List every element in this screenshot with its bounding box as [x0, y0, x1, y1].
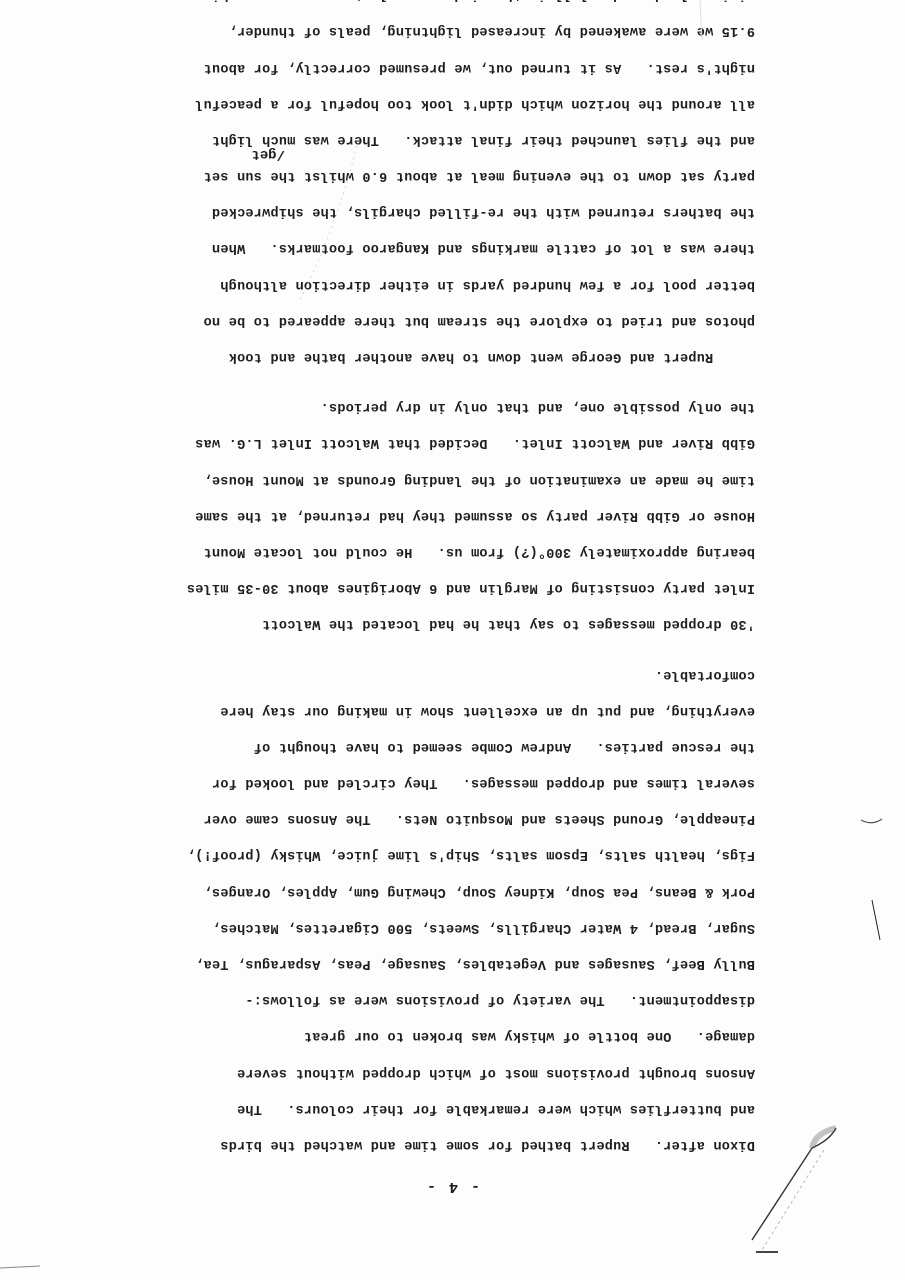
text-line: Pineapple, Ground Sheets and Mosquito Ne… [95, 800, 755, 836]
text-line: Figs, health salts, Epsom salts, Ship's … [95, 836, 755, 872]
paragraph-provisions: Dixon after. Rupert bathed for some time… [95, 655, 755, 1162]
text-line: Rupert and George went down to have anot… [95, 338, 755, 374]
text-line: all around the horizon which didn't look… [95, 85, 755, 121]
text-line: several times and dropped messages. They… [95, 764, 755, 800]
text-line: Bully Beef, Sausages and Vegetables, Sau… [95, 945, 755, 981]
text-line: damage. One bottle of whisky was broken … [95, 1017, 755, 1053]
text-line: the bathers returned with the re-filled … [95, 193, 755, 229]
text-line: bearing approximately 300°(?) from us. H… [95, 533, 755, 569]
text-line: and the flies launched their final attac… [95, 121, 755, 157]
text-line: Sugar, Bread, 4 Water Chargills, Sweets,… [95, 909, 755, 945]
text-line: better pool for a few hundred yards in e… [95, 266, 755, 302]
paragraph-dropped-messages: '30 dropped messages to say that he had … [95, 388, 755, 641]
text-line: and butterflies which were remarkable fo… [95, 1090, 755, 1126]
text-line: disappointment. The variety of provision… [95, 981, 755, 1017]
text-line: '30 dropped messages to say that he had … [95, 605, 755, 641]
document-page: - 4 - Dixon after. Rupert bathed for som… [0, 0, 905, 1280]
text-line: party sat down to the evening meal at ab… [95, 157, 755, 193]
text-line: Gibb River and Walcott Inlet. Decided th… [95, 424, 755, 460]
text-line: night's rest. As it turned out, we presu… [95, 48, 755, 84]
text-line: everything, and put up an excellent show… [95, 692, 755, 728]
text-line: comfortable. [95, 655, 755, 691]
text-line: the rescue parties. Andrew Combe seemed … [95, 728, 755, 764]
paragraph-gap [95, 641, 755, 655]
text-line: Pork & Beans, Pea Soup, Kidney Soup, Che… [95, 873, 755, 909]
text-line: Dixon after. Rupert bathed for some time… [95, 1126, 755, 1162]
continuation-marker: /get [251, 146, 285, 162]
text-line: Inlet party consisting of Marglin and 6 … [95, 569, 755, 605]
text-line: the only possible one, and that only in … [95, 388, 755, 424]
text-line: Ansons brought provisions most of which … [95, 1053, 755, 1089]
text-line: House or Gibb River party so assumed the… [95, 497, 755, 533]
text-line: there was a lot of cattle markings and K… [95, 229, 755, 265]
paragraph-gap [95, 374, 755, 388]
page-number: - 4 - [0, 1178, 905, 1195]
paragraph-evening: Rupert and George went down to have anot… [95, 0, 755, 374]
text-line: rising clouds and a lull in the wind - a… [95, 0, 755, 12]
text-line: 9.15 we were awakened by increased light… [95, 12, 755, 48]
text-line: photos and tried to explore the stream b… [95, 302, 755, 338]
document-body: Dixon after. Rupert bathed for some time… [95, 0, 755, 1162]
text-line: time he made an examination of the landi… [95, 460, 755, 496]
